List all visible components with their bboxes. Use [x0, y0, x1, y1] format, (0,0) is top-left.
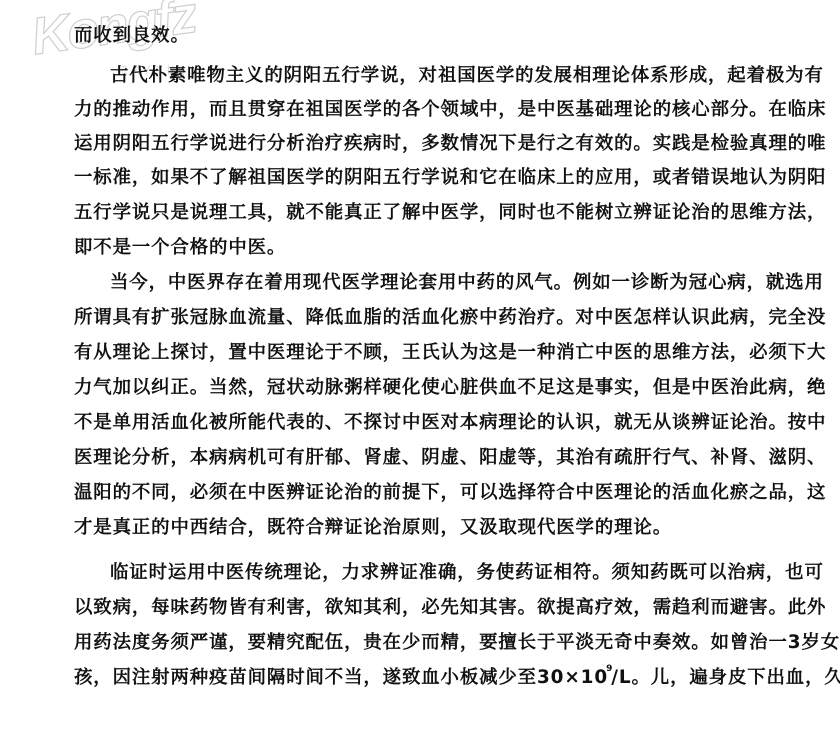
text-line: 医理论分析，本病病机可有肝郁、肾虚、阴虚、阳虚等，其治有疏肝行气、补肾、滋阴、 [74, 446, 826, 470]
paragraph-first-line: 当今，中医界存在着用现代医学理论套用中药的风气。例如一诊断为冠心病，就选用 [74, 271, 824, 295]
text-line: 温阳的不同，必须在中医辨证论治的前提下，可以选择符合中医理论的活血化瘀之品，这 [74, 481, 826, 505]
paragraph-first-line: 临证时运用中医传统理论，力求辨证准确，务使药证相符。须知药既可以治病，也可 [74, 561, 824, 585]
superscript-exponent: 9 [606, 664, 613, 674]
text-line: 而收到良效。 [74, 24, 190, 48]
text-line: 不是单用活血化被所能代表的、不探讨中医对本病理论的认识，就无从谈辨证论治。按中 [74, 411, 826, 435]
text-line: 五行学说只是说理工具，就不能真正了解中医学，同时也不能树立辨证论治的思维方法， [74, 201, 826, 225]
text-line: 所谓具有扩张冠脉血流量、降低血脂的活血化瘀中药治疗。对中医怎样认识此病，完全没 [74, 306, 826, 330]
text-line: 用药法度务须严谨，要精究配伍，贵在少而精，要擅长于平淡无奇中奏效。如曾治一3岁女 [74, 631, 840, 655]
text-line: 力的推动作用，而且贯穿在祖国医学的各个领域中，是中医基础理论的核心部分。在临床 [74, 98, 826, 122]
text-fragment: 孩，因注射两种疫苗间隔时间不当，遂致血小板减少至30×10 [74, 667, 608, 688]
text-line: 一标准，如果不了解祖国医学的阴阳五行学说和它在临床上的应用，或者错误地认为阴阳 [74, 166, 826, 190]
text-line: 有从理论上探讨，置中医理论于不顾，王氏认为这是一种消亡中医的思维方法，必须下大 [74, 341, 826, 365]
text-line: 以致病，每味药物皆有利害，欲知其利，必先知其害。欲提高疗效，需趋利而避害。此外 [74, 596, 826, 620]
text-line: 力气加以纠正。当然，冠状动脉粥样硬化使心脏供血不足这是事实，但是中医治此病，绝 [74, 376, 826, 400]
text-line: 才是真正的中西结合，既符合辩证论治原则，又汲取现代医学的理论。 [74, 516, 672, 540]
text-line: 即不是一个合格的中医。 [74, 236, 286, 260]
text-line: 运用阴阳五行学说进行分析治疗疾病时，多数情况下是行之有效的。实践是检验真理的唯 [74, 132, 826, 156]
paragraph-first-line: 古代朴素唯物主义的阴阳五行学说，对祖国医学的发展相理论体系形成，起着极为有 [74, 64, 824, 88]
text-line-with-superscript: 孩，因注射两种疫苗间隔时间不当，遂致血小板减少至30×109/L。儿，遍身皮下出… [74, 666, 840, 693]
text-fragment: /L。儿，遍身皮下出血，久 [611, 667, 840, 688]
